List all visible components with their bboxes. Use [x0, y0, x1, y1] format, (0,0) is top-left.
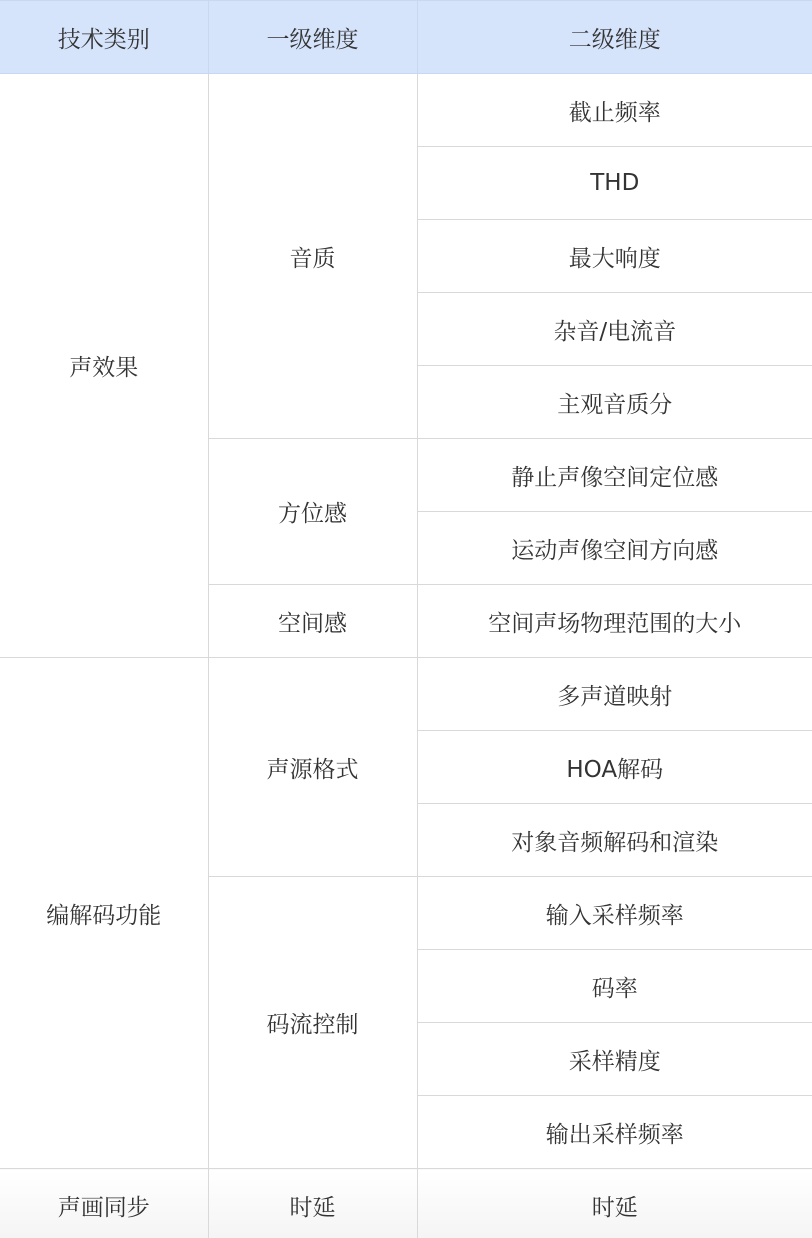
item-cell: 空间声场物理范围的大小: [417, 585, 812, 658]
category-cell: 编解码功能: [0, 658, 208, 1169]
item-cell: 最大响度: [417, 220, 812, 293]
item-cell: 多声道映射: [417, 658, 812, 731]
item-cell: 截止频率: [417, 74, 812, 147]
group-cell: 方位感: [208, 439, 417, 585]
group-cell: 声源格式: [208, 658, 417, 877]
item-cell: 码率: [417, 950, 812, 1023]
header-level2: 二级维度: [417, 1, 812, 74]
table-row: 声画同步 时延 时延: [0, 1169, 812, 1238]
item-cell: 静止声像空间定位感: [417, 439, 812, 512]
category-cell: 声效果: [0, 74, 208, 658]
item-cell: 输入采样频率: [417, 877, 812, 950]
group-cell: 时延: [208, 1169, 417, 1238]
header-level1: 一级维度: [208, 1, 417, 74]
header-row: 技术类别 一级维度 二级维度: [0, 1, 812, 74]
item-cell: 对象音频解码和渲染: [417, 804, 812, 877]
item-cell: 采样精度: [417, 1023, 812, 1096]
item-cell: 主观音质分: [417, 366, 812, 439]
audio-tech-dimensions-table: 技术类别 一级维度 二级维度 声效果 音质 截止频率 THD 最大响度 杂音/电…: [0, 0, 812, 1238]
table-row: 编解码功能 声源格式 多声道映射: [0, 658, 812, 731]
item-cell: 输出采样频率: [417, 1096, 812, 1169]
item-cell: HOA解码: [417, 731, 812, 804]
header-tech-category: 技术类别: [0, 1, 208, 74]
item-cell: 时延: [417, 1169, 812, 1238]
group-cell: 音质: [208, 74, 417, 439]
item-cell: 杂音/电流音: [417, 293, 812, 366]
group-cell: 空间感: [208, 585, 417, 658]
group-cell: 码流控制: [208, 877, 417, 1169]
category-cell: 声画同步: [0, 1169, 208, 1238]
item-cell: THD: [417, 147, 812, 220]
item-cell: 运动声像空间方向感: [417, 512, 812, 585]
table-row: 声效果 音质 截止频率: [0, 74, 812, 147]
